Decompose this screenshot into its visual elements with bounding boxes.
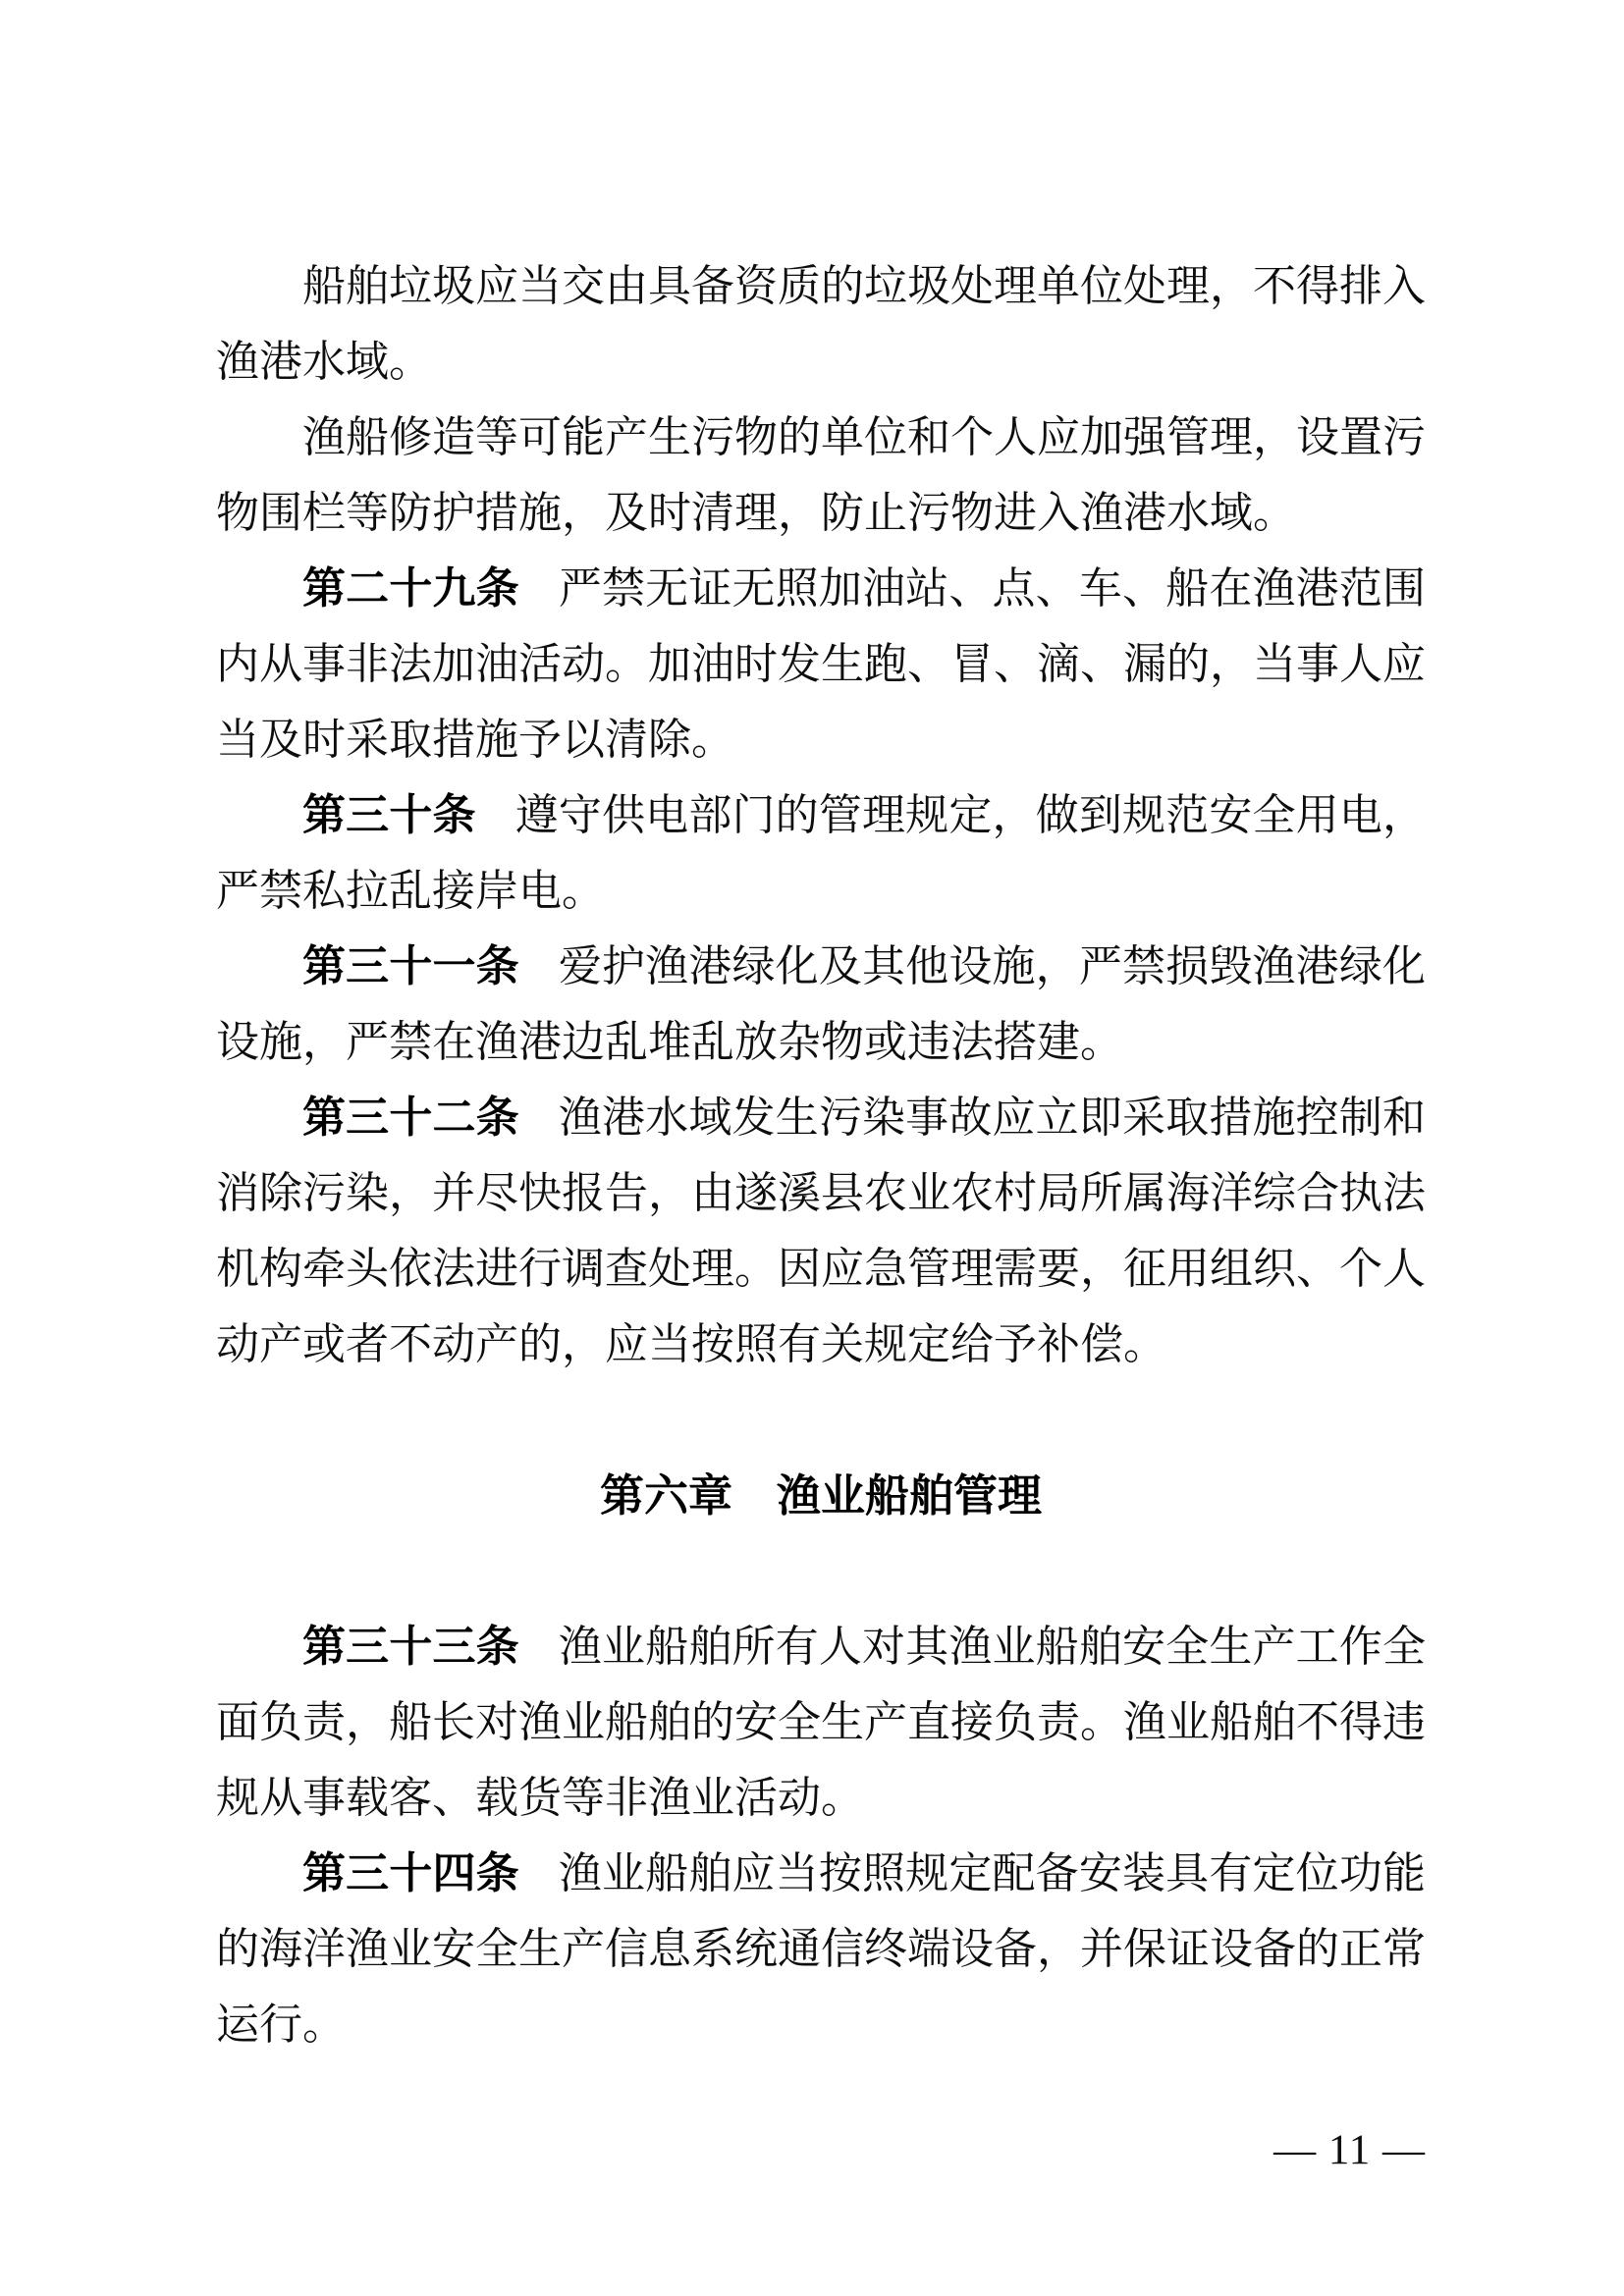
paragraph: 第三十二条渔港水域发生污染事故应立即采取措施控制和消除污染，并尽快报告，由遂溪县… <box>216 1080 1426 1382</box>
article-number: 第三十条 <box>302 791 476 839</box>
page-number: — 11 — <box>1273 2126 1426 2175</box>
paragraph: 第三十三条渔业船舶所有人对其渔业船舶安全生产工作全面负责，船长对渔业船舶的安全生… <box>216 1609 1426 1836</box>
paragraph-text: 船舶垃圾应当交由具备资质的垃圾处理单位处理，不得排入渔港水域。 <box>216 262 1426 386</box>
paragraph: 第三十条遵守供电部门的管理规定，做到规范安全用电，严禁私拉乱接岸电。 <box>216 777 1426 929</box>
article-number: 第三十二条 <box>302 1094 519 1142</box>
document-page: 船舶垃圾应当交由具备资质的垃圾处理单位处理，不得排入渔港水域。 渔船修造等可能产… <box>0 0 1624 2296</box>
paragraph: 第三十一条爱护渔港绿化及其他设施，严禁损毁渔港绿化设施，严禁在渔港边乱堆乱放杂物… <box>216 929 1426 1080</box>
paragraph-text: 渔船修造等可能产生污物的单位和个人应加强管理，设置污物围栏等防护措施，及时清理，… <box>216 413 1426 537</box>
paragraph: 渔船修造等可能产生污物的单位和个人应加强管理，设置污物围栏等防护措施，及时清理，… <box>216 400 1426 551</box>
article-number: 第三十一条 <box>302 942 519 990</box>
paragraph: 船舶垃圾应当交由具备资质的垃圾处理单位处理，不得排入渔港水域。 <box>216 248 1426 400</box>
article-number: 第二十九条 <box>302 564 519 613</box>
chapter-heading: 第六章 渔业船舶管理 <box>216 1458 1426 1533</box>
article-number: 第三十四条 <box>302 1849 519 1897</box>
document-body: 船舶垃圾应当交由具备资质的垃圾处理单位处理，不得排入渔港水域。 渔船修造等可能产… <box>216 248 1426 2062</box>
paragraph: 第二十九条严禁无证无照加油站、点、车、船在渔港范围内从事非法加油活动。加油时发生… <box>216 551 1426 777</box>
paragraph: 第三十四条渔业船舶应当按照规定配备安装具有定位功能的海洋渔业安全生产信息系统通信… <box>216 1836 1426 2062</box>
article-number: 第三十三条 <box>302 1623 519 1671</box>
